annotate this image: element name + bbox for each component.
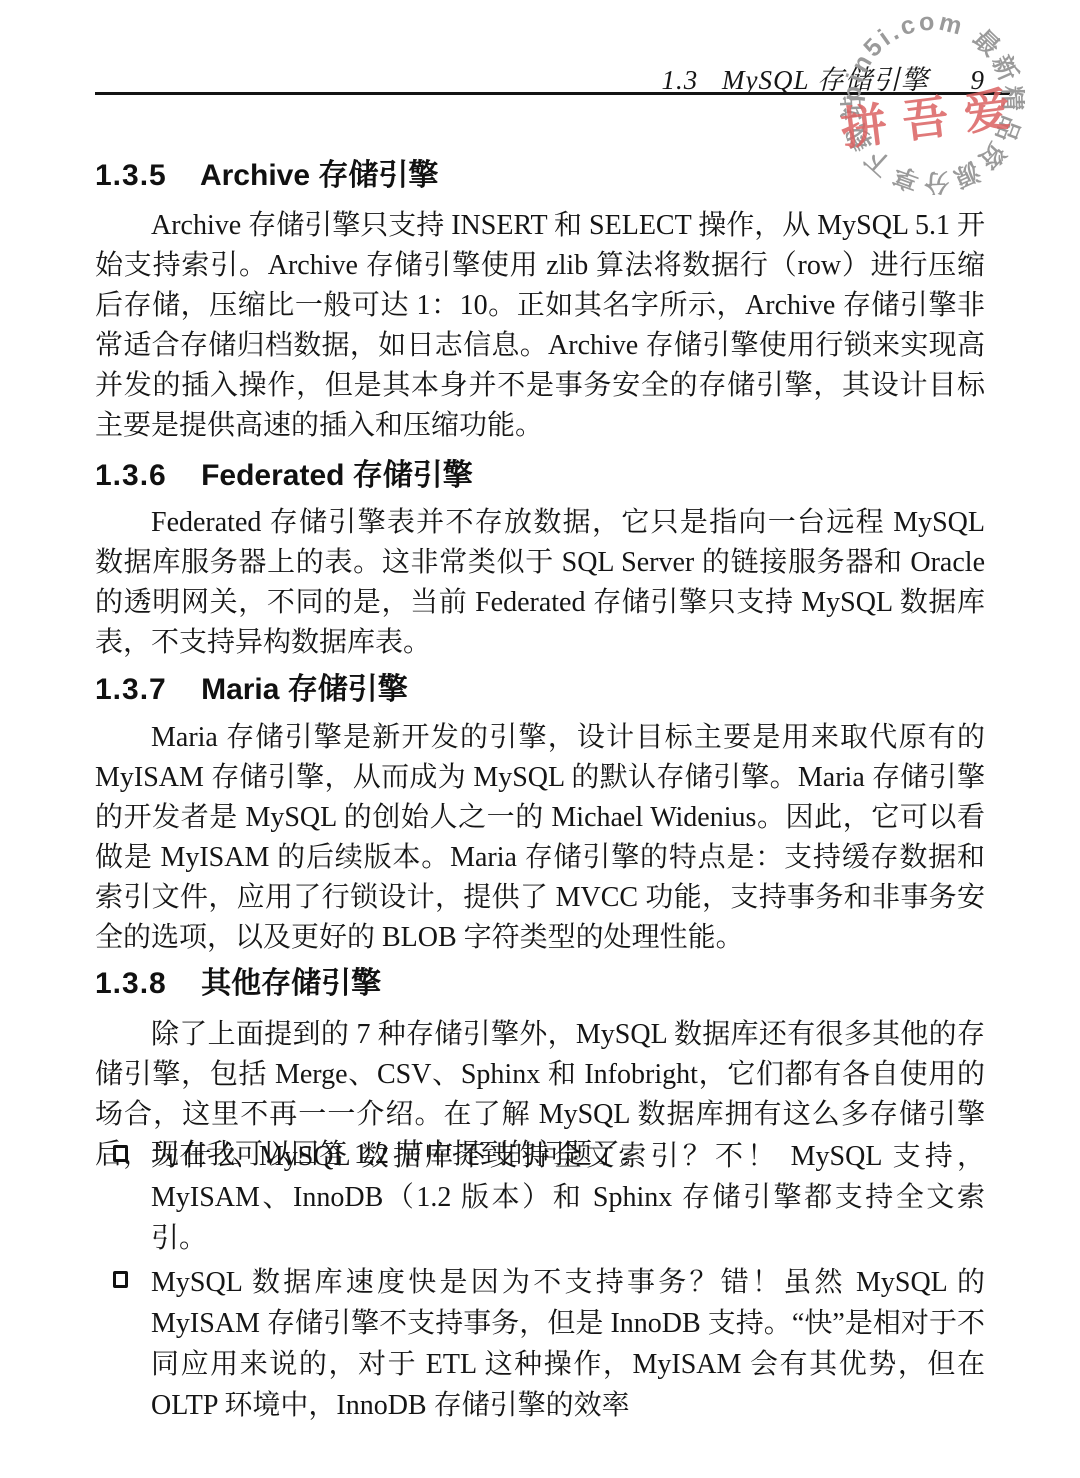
bullet-item-text: 为什么 MySQL 数据库不支持全文索引？不！ MySQL 支持，MyISAM、…	[151, 1141, 985, 1254]
section-heading-1-3-5: 1.3.5 Archive 存储引擎	[95, 150, 985, 194]
book-page-scan: 1.3 MySQL 存储引擎 9 pin5i.com 最新精品资源分享下载站 拼…	[0, 0, 1080, 1478]
section-heading-1-3-8: 1.3.8 其他存储引擎	[95, 958, 985, 1002]
bullet-item-fulltext-index: 为什么 MySQL 数据库不支持全文索引？不！ MySQL 支持，MyISAM、…	[113, 1136, 985, 1259]
section-1-3-5-paragraph: Archive 存储引擎只支持 INSERT 和 SELECT 操作，从 MyS…	[95, 206, 985, 446]
section-1-3-6-paragraph: Federated 存储引擎表并不存放数据，它只是指向一台远程 MySQL 数据…	[95, 503, 985, 663]
bullet-item-transactions-speed: MySQL 数据库速度快是因为不支持事务？错！虽然 MySQL 的 MyISAM…	[113, 1262, 985, 1426]
section-number: 1.3.7	[95, 673, 167, 706]
bullet-item-text: MySQL 数据库速度快是因为不支持事务？错！虽然 MySQL 的 MyISAM…	[151, 1267, 985, 1421]
running-head-chapter-title: MySQL 存储引擎	[722, 65, 929, 95]
section-heading-1-3-7: 1.3.7 Maria 存储引擎	[95, 664, 985, 708]
section-title: Maria 存储引擎	[201, 673, 408, 706]
section-1-3-7-paragraph: Maria 存储引擎是新开发的引擎，设计目标主要是用来取代原有的 MyISAM …	[95, 718, 985, 958]
qa-bullet-list: 为什么 MySQL 数据库不支持全文索引？不！ MySQL 支持，MyISAM、…	[95, 1136, 985, 1429]
running-head-section-number: 1.3	[661, 65, 698, 95]
section-title: Archive 存储引擎	[200, 159, 438, 192]
section-number: 1.3.6	[95, 459, 167, 492]
section-number: 1.3.5	[95, 159, 167, 192]
running-head-page-number: 9	[971, 65, 986, 95]
square-bullet-icon	[113, 1145, 128, 1162]
section-title: 其他存储引擎	[201, 967, 381, 1000]
square-bullet-icon	[113, 1271, 128, 1288]
section-title: Federated 存储引擎	[201, 459, 473, 492]
section-heading-1-3-6: 1.3.6 Federated 存储引擎	[95, 450, 985, 494]
section-number: 1.3.8	[95, 967, 167, 1000]
header-rule	[95, 92, 1010, 95]
